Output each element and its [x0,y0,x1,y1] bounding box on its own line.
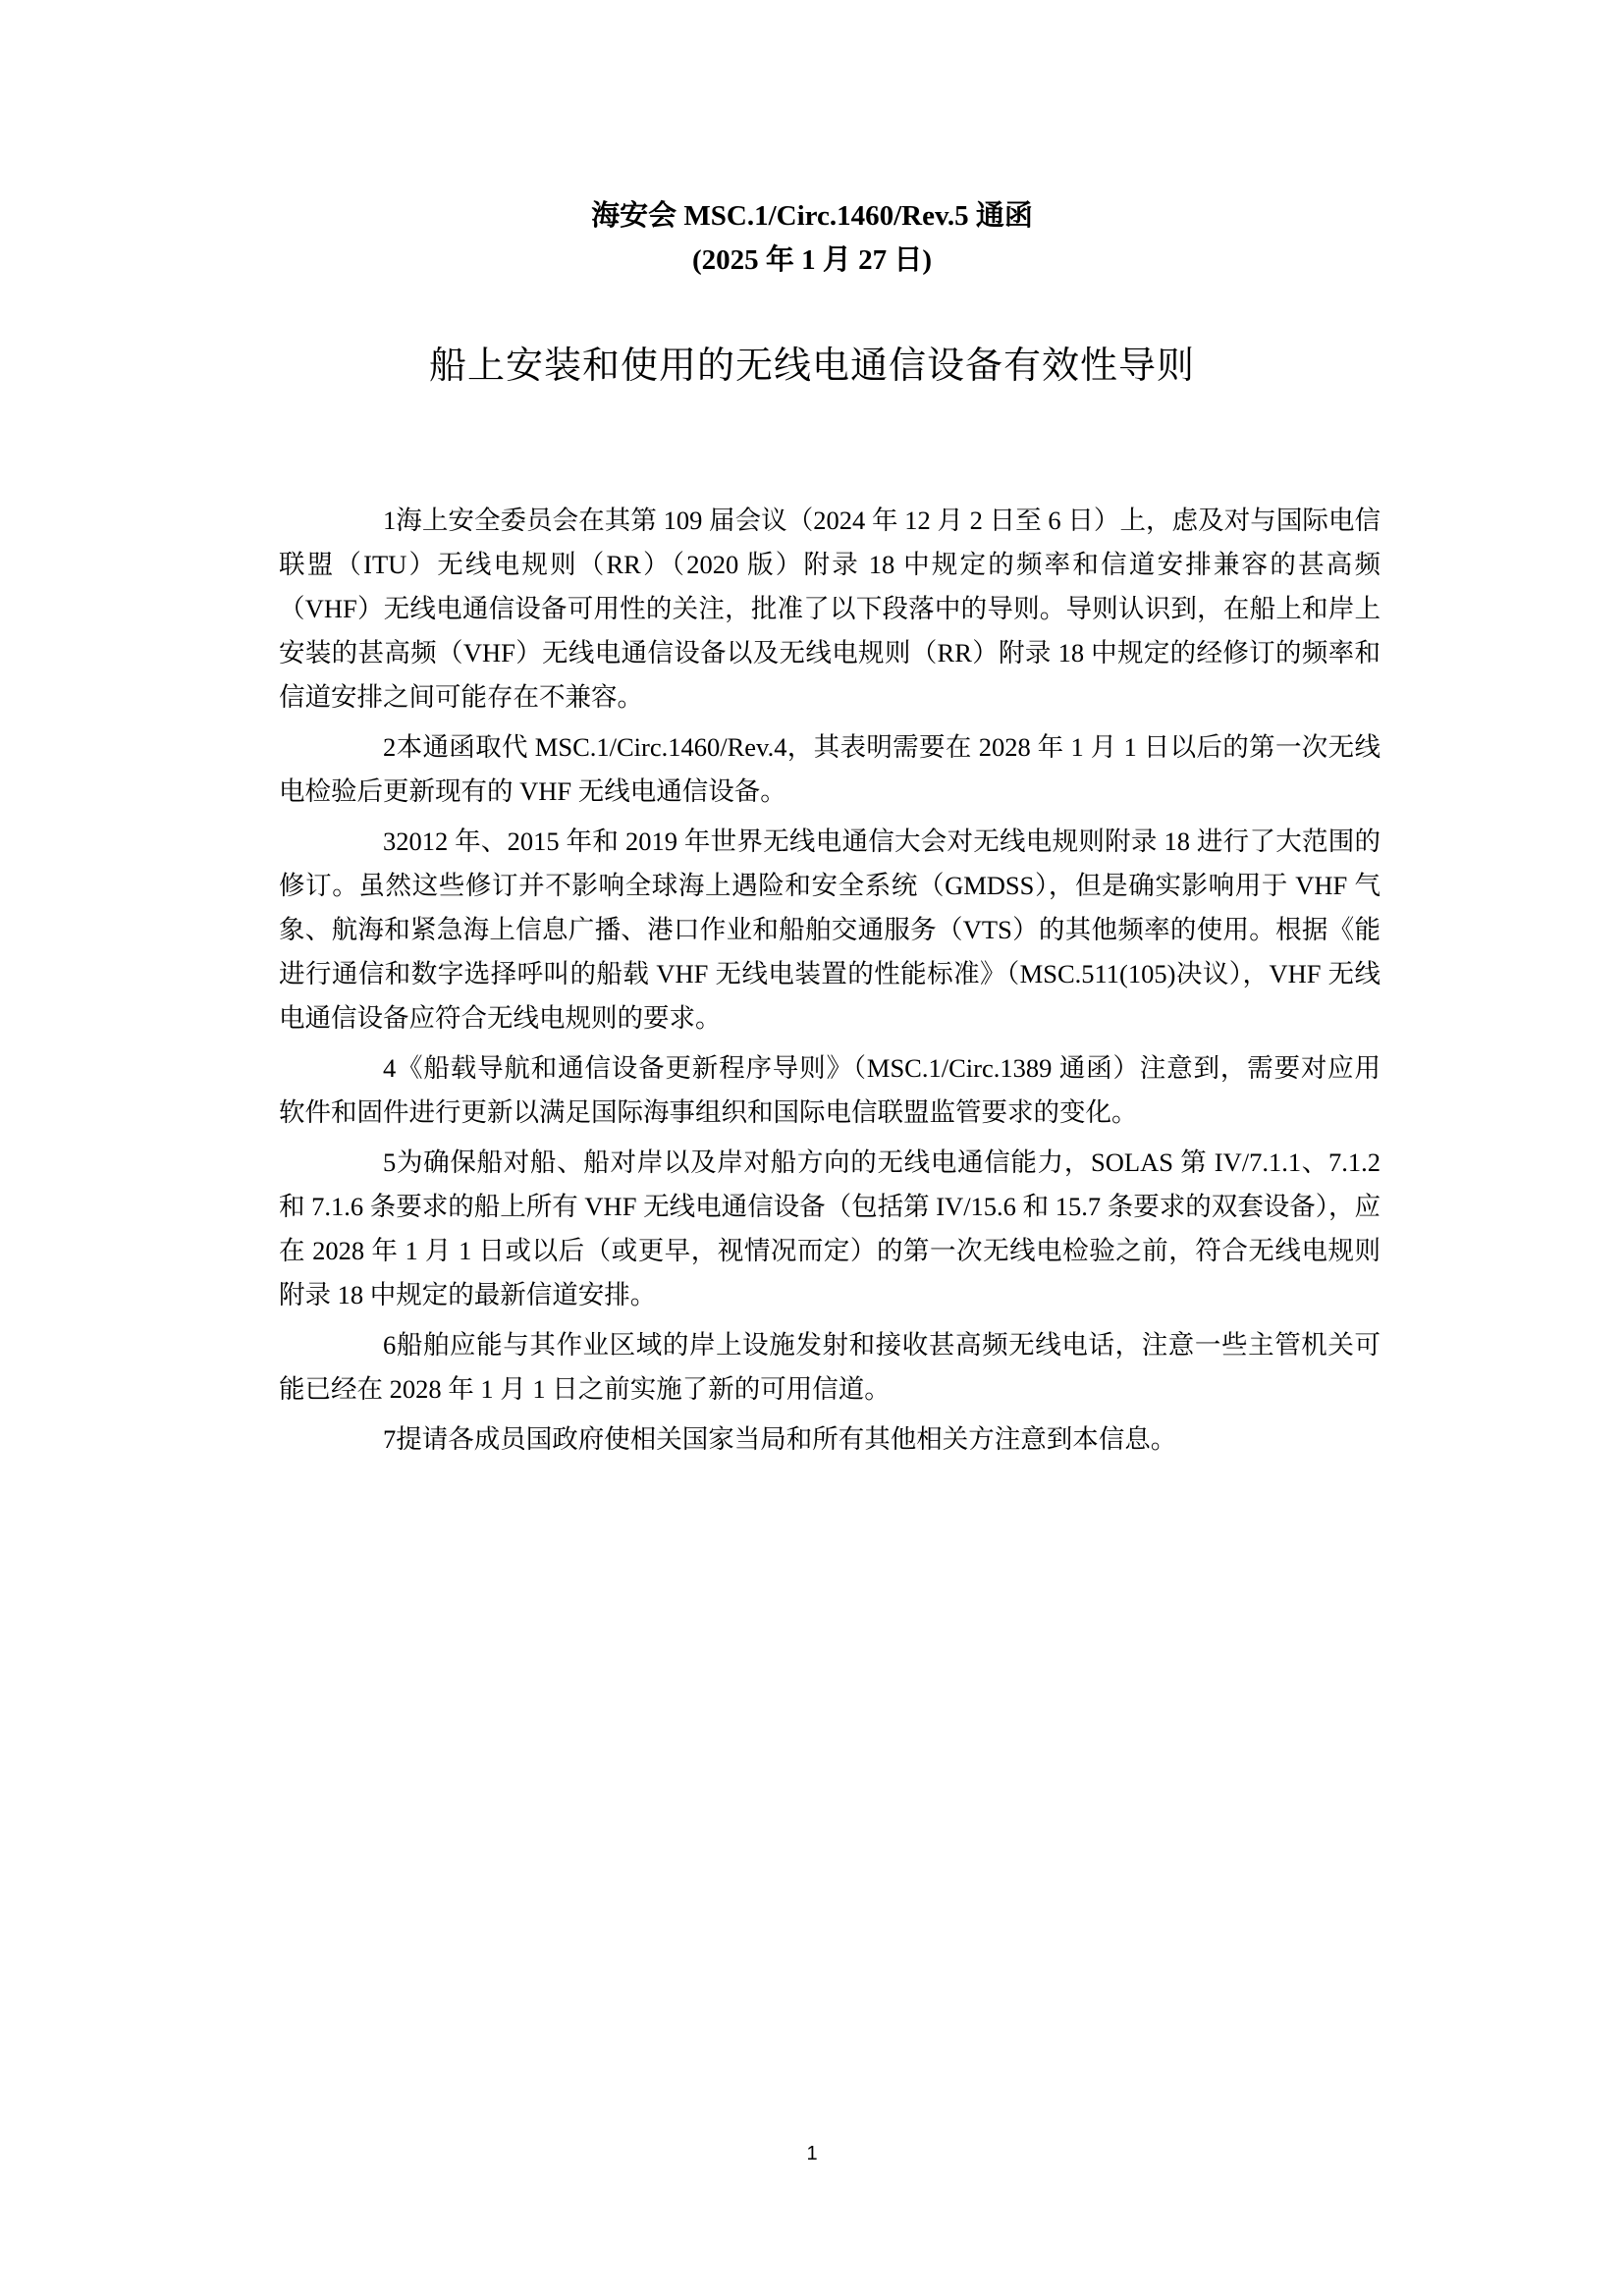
circular-date: (2025 年 1 月 27 日) [0,240,1624,280]
paragraph-number: 5 [331,1141,396,1185]
paragraph-number: 7 [331,1417,396,1462]
paragraph-number: 2 [331,725,396,770]
paragraph-text: 提请各成员国政府使相关国家当局和所有其他相关方注意到本信息。 [396,1424,1176,1454]
paragraph-text: 本通函取代 MSC.1/Circ.1460/Rev.4，其表明需要在 2028 … [279,732,1380,806]
paragraph-3: 32012 年、2015 年和 2019 年世界无线电通信大会对无线电规则附录 … [279,820,1380,1041]
paragraph-5: 5为确保船对船、船对岸以及岸对船方向的无线电通信能力，SOLAS 第 IV/7.… [279,1141,1380,1317]
paragraph-2: 2本通函取代 MSC.1/Circ.1460/Rev.4，其表明需要在 2028… [279,725,1380,814]
circular-reference: 海安会 MSC.1/Circ.1460/Rev.5 通函 [0,196,1624,236]
paragraph-number: 3 [331,820,396,864]
paragraph-7: 7提请各成员国政府使相关国家当局和所有其他相关方注意到本信息。 [279,1417,1380,1462]
paragraph-text: 为确保船对船、船对岸以及岸对船方向的无线电通信能力，SOLAS 第 IV/7.1… [279,1148,1380,1309]
paragraph-number: 4 [331,1046,396,1091]
paragraph-4: 4《船载导航和通信设备更新程序导则》（MSC.1/Circ.1389 通函）注意… [279,1046,1380,1135]
paragraph-6: 6船舶应能与其作业区域的岸上设施发射和接收甚高频无线电话，注意一些主管机关可能已… [279,1323,1380,1412]
paragraph-number: 6 [331,1323,396,1367]
document-title: 船上安装和使用的无线电通信设备有效性导则 [0,340,1624,391]
paragraph-text: 海上安全委员会在其第 109 届会议（2024 年 12 月 2 日至 6 日）… [279,506,1380,712]
paragraph-number: 1 [331,499,396,543]
document-body: 1海上安全委员会在其第 109 届会议（2024 年 12 月 2 日至 6 日… [279,499,1380,1468]
page-number: 1 [0,2140,1624,2167]
paragraph-1: 1海上安全委员会在其第 109 届会议（2024 年 12 月 2 日至 6 日… [279,499,1380,720]
paragraph-text: 船舶应能与其作业区域的岸上设施发射和接收甚高频无线电话，注意一些主管机关可能已经… [279,1330,1380,1404]
paragraph-text: 《船载导航和通信设备更新程序导则》（MSC.1/Circ.1389 通函）注意到… [279,1053,1380,1127]
document-page: 海安会 MSC.1/Circ.1460/Rev.5 通函 (2025 年 1 月… [0,0,1624,2296]
paragraph-text: 2012 年、2015 年和 2019 年世界无线电通信大会对无线电规则附录 1… [279,827,1380,1033]
